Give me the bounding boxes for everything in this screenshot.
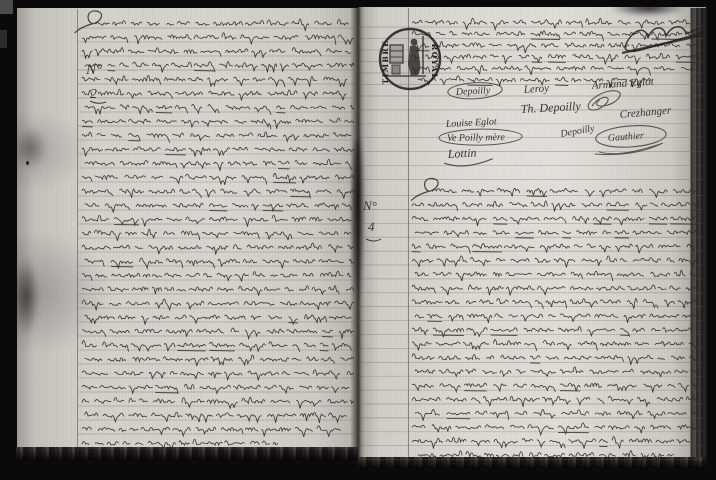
manuscript-line [85, 203, 352, 213]
signature: Ve Poilly mère [447, 132, 506, 144]
capital-flourish [411, 178, 438, 200]
stamp-text-left: TIMBRE [381, 40, 390, 85]
manuscript-line [412, 285, 700, 296]
manuscript-line [85, 104, 354, 114]
manuscript-line [85, 159, 352, 171]
act-number-right-margin: N° 4 [362, 198, 381, 241]
signature: Depoilly [455, 85, 492, 98]
manuscript-line [82, 173, 354, 185]
manuscript-line [85, 62, 354, 73]
act-number-label: N° [85, 62, 102, 78]
manuscript-line [85, 412, 347, 423]
manuscript-line [85, 258, 354, 268]
signature: Crezhanger [619, 104, 672, 121]
manuscript-line [96, 19, 349, 31]
manuscript-line [412, 201, 700, 212]
manuscript-line [412, 327, 692, 338]
manuscript-line [415, 367, 700, 377]
manuscript-line [82, 384, 349, 394]
act-number-label: N° [362, 198, 377, 213]
manuscript-line [82, 118, 354, 129]
stamp-text-right: ROYAL [430, 44, 439, 80]
scan-frame: TIMBRE ROYAL N° 2 N° 4 DepoillyLeroyArma… [0, 0, 716, 480]
manuscript-line [412, 18, 690, 29]
manuscript-line [412, 216, 697, 226]
manuscript-line [82, 189, 354, 199]
signature: Gauthier [607, 130, 644, 143]
signature: Armand Eglot [590, 76, 655, 92]
manuscript-line [82, 33, 354, 45]
act-number-left-margin: N° 2 [85, 62, 106, 103]
manuscript-line [412, 354, 697, 365]
manuscript-line [412, 53, 700, 64]
signature: Louise Eglot [445, 116, 498, 130]
manuscript-overlay: TIMBRE ROYAL N° 2 N° 4 DepoillyLeroyArma… [0, 0, 716, 480]
manuscript-line [82, 370, 354, 381]
manuscript-line [82, 132, 351, 143]
manuscript-line [82, 75, 347, 87]
manuscript-line [412, 31, 695, 42]
manuscript-line [82, 328, 354, 339]
manuscript-line [82, 439, 278, 450]
manuscript-line [412, 395, 700, 407]
manuscript-line [82, 229, 351, 241]
manuscript-line [82, 48, 351, 59]
manuscript-line [412, 256, 700, 268]
manuscript-line [432, 188, 696, 197]
signatures: DepoillyLeroyArmand EglotTh. DepoillyCre… [439, 76, 673, 167]
act-number-value: 2 [90, 87, 97, 102]
manuscript-line [412, 299, 697, 309]
manuscript-line [82, 243, 354, 255]
manuscript-line [82, 299, 354, 310]
manuscript-line [412, 383, 697, 392]
capital-flourish [75, 11, 102, 33]
manuscript-line [85, 315, 352, 325]
manuscript-line [412, 340, 700, 351]
manuscript-line [415, 314, 700, 323]
manuscript-line [415, 41, 697, 53]
manuscript-line [82, 89, 346, 100]
manuscript-line [412, 244, 694, 254]
manuscript-line [82, 426, 340, 437]
signature: Leroy [522, 82, 549, 96]
margin-note-flourish [366, 239, 381, 241]
manuscript-line [82, 397, 354, 409]
manuscript-line [418, 451, 674, 463]
signature: Lottin [446, 146, 476, 162]
manuscript-line [82, 147, 354, 157]
act-number-value: 4 [368, 219, 375, 234]
ruling-lines [78, 27, 703, 460]
manuscript-line [415, 409, 697, 420]
manuscript-line [412, 423, 700, 435]
manuscript-line [415, 270, 697, 281]
signature-flourish [587, 90, 621, 110]
manuscript-line [412, 65, 694, 75]
signature: Th. Depoilly [520, 99, 581, 116]
manuscript-line [412, 437, 690, 449]
manuscript-line [82, 215, 352, 226]
